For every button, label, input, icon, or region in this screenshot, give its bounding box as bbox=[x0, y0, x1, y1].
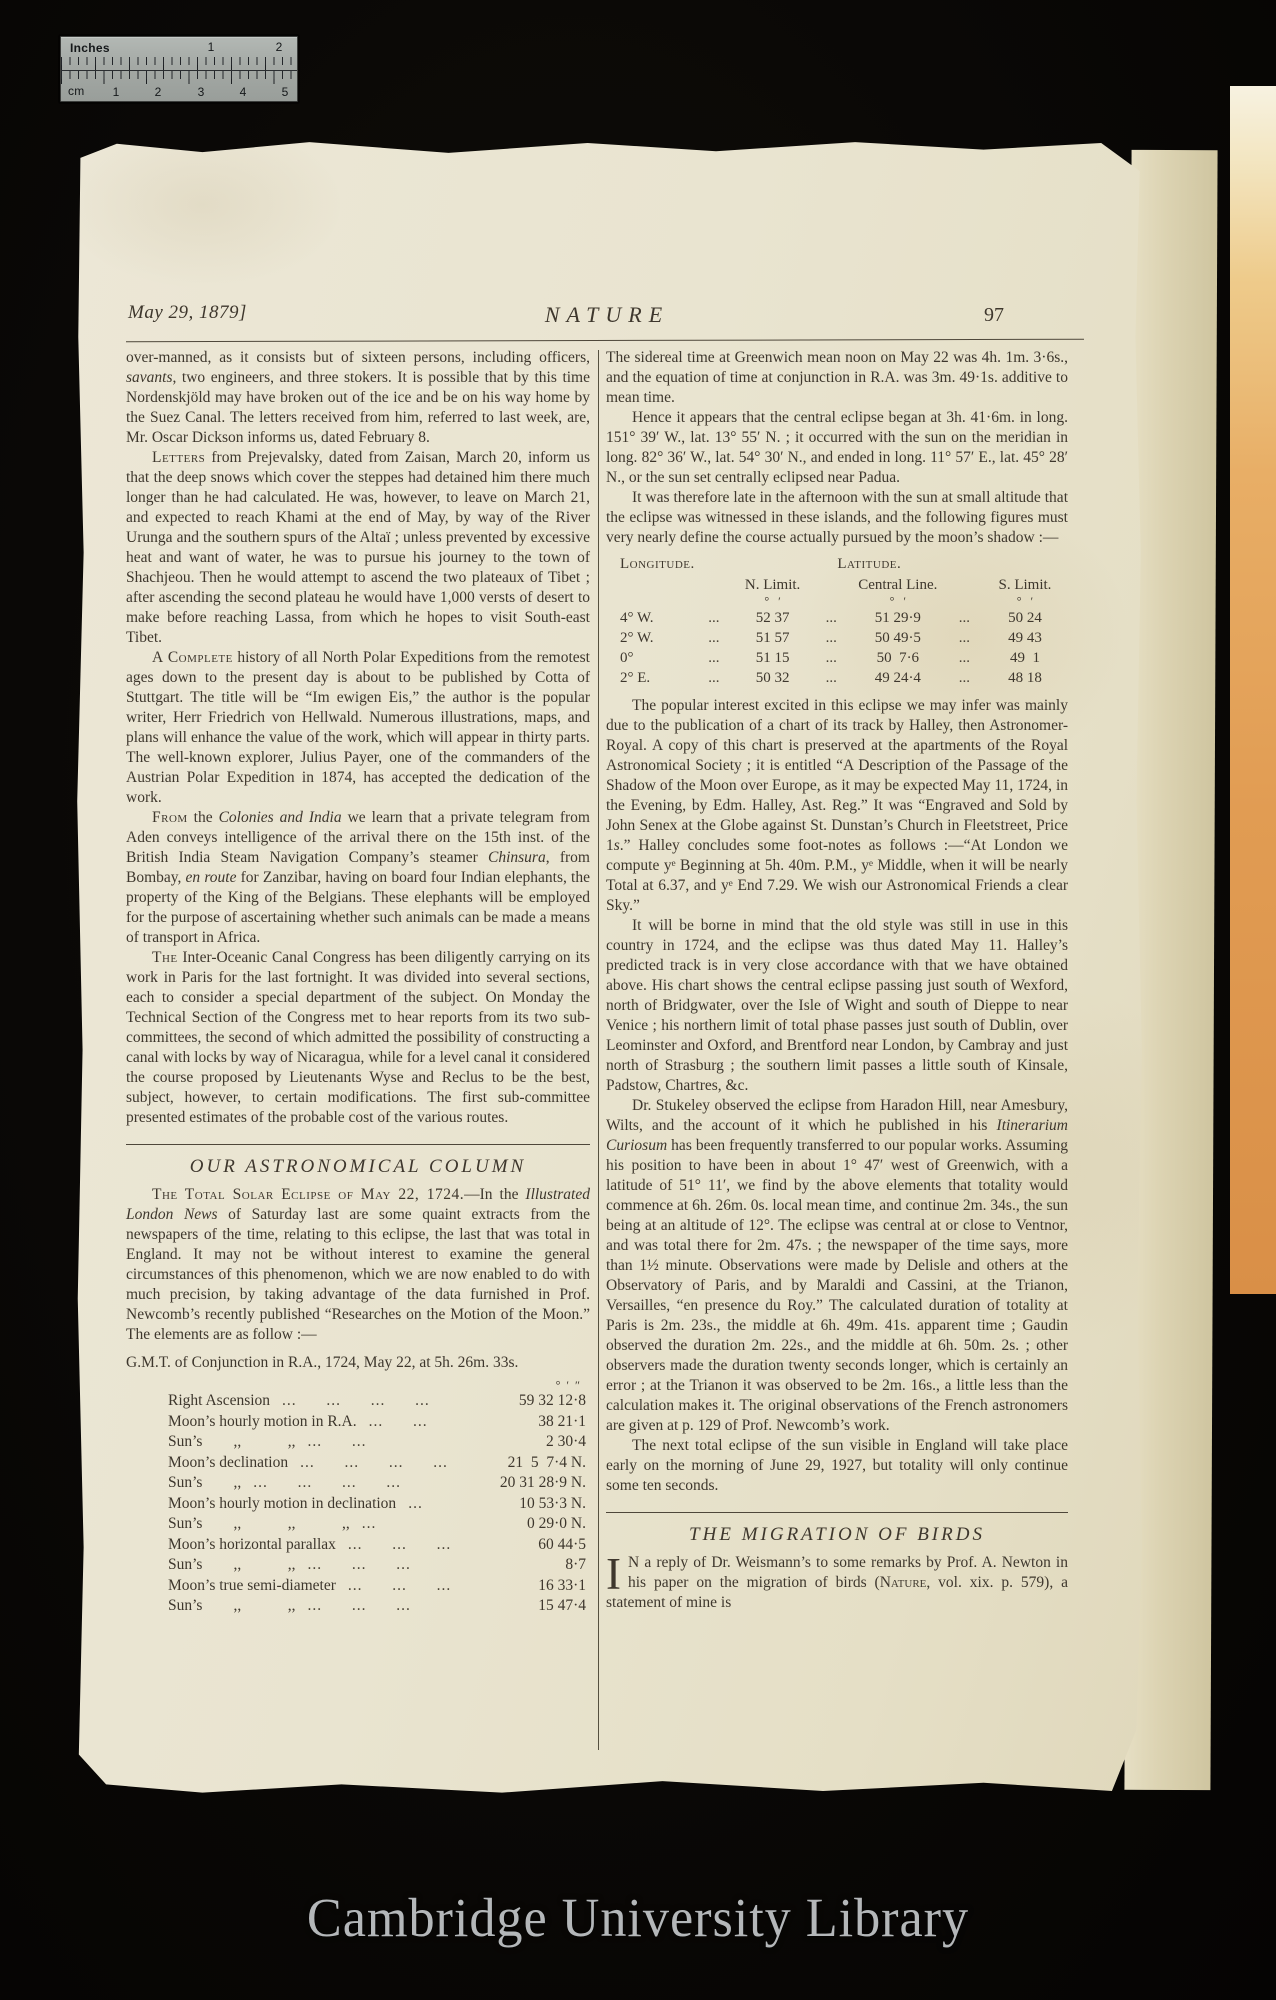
elements-table-row: Moon’s declination... ... ... ...21 5 7·… bbox=[168, 1453, 586, 1474]
shadow-table-header: Longitude. Latitude. bbox=[606, 554, 1068, 575]
section-heading-astronomical-column: OUR ASTRONOMICAL COLUMN bbox=[126, 1157, 590, 1177]
header-rule bbox=[126, 339, 1084, 343]
latitude-header: Latitude. bbox=[837, 554, 901, 574]
journal-title: NATURE bbox=[126, 302, 1088, 328]
elements-table-row: Moon’s hourly motion in R.A.... ...38 21… bbox=[168, 1412, 586, 1433]
elements-table-row: Right Ascension... ... ... ... ...59 32 … bbox=[168, 1391, 586, 1412]
paragraph: The next total eclipse of the sun visibl… bbox=[606, 1436, 1068, 1496]
elements-table-row: Sun’s ,, ,,... ... ...8·7 bbox=[168, 1555, 586, 1576]
paragraph: The sidereal time at Greenwich mean noon… bbox=[606, 348, 1068, 408]
page-number: 97 bbox=[984, 304, 1004, 327]
ruler-inch-number: 2 bbox=[276, 40, 283, 54]
eclipse-elements-table: ° ′ ″Right Ascension... ... ... ... ...5… bbox=[168, 1379, 586, 1617]
elements-table-row: Sun’s ,, ,, ,,...0 29·0 N. bbox=[168, 1514, 586, 1535]
drop-cap: I bbox=[606, 1553, 628, 1593]
longitude-header: Longitude. bbox=[620, 554, 695, 574]
shadow-table-units: ° ′ ° ′ ° ′ bbox=[606, 595, 1068, 608]
paragraph-lead: The Total Solar Eclipse of May 22, 1724. bbox=[152, 1186, 464, 1203]
journal-page: May 29, 1879] NATURE 97 over-manned, as … bbox=[74, 138, 1144, 1796]
shadow-track-table: Longitude. Latitude. N. Limit. Central L… bbox=[606, 554, 1068, 688]
paragraph: Hence it appears that the central eclips… bbox=[606, 408, 1068, 488]
right-column: The sidereal time at Greenwich mean noon… bbox=[606, 348, 1068, 1613]
elements-table-row: Sun’s ,,... ... ... ...20 31 28·9 N. bbox=[168, 1473, 586, 1494]
elements-table-units: ° ′ ″ bbox=[168, 1379, 586, 1391]
library-watermark: Cambridge University Library bbox=[32, 1886, 1244, 1949]
right-column-paragraphs-top: The sidereal time at Greenwich mean noon… bbox=[606, 348, 1068, 548]
paragraph-lead: A Complete bbox=[152, 649, 233, 666]
column-divider bbox=[598, 350, 599, 1750]
paragraph-lead: The bbox=[152, 949, 178, 966]
ruler-cm-minor-ticks bbox=[61, 71, 297, 79]
central-line-header: Central Line. bbox=[849, 575, 947, 595]
ruler-cm-number: 5 bbox=[282, 85, 289, 99]
n-limit-header: N. Limit. bbox=[732, 575, 814, 595]
shadow-table-subheader: N. Limit. Central Line. S. Limit. bbox=[606, 575, 1068, 595]
paragraph: The Inter-Oceanic Canal Congress has bee… bbox=[126, 948, 590, 1128]
s-limit-header: S. Limit. bbox=[982, 575, 1068, 595]
paragraph: IN a reply of Dr. Weismann’s to some rem… bbox=[606, 1553, 1068, 1613]
ruler-inches-label: Inches bbox=[70, 41, 110, 55]
paragraph-lead: From bbox=[152, 809, 188, 826]
migration-intro-paragraph: IN a reply of Dr. Weismann’s to some rem… bbox=[606, 1553, 1068, 1613]
ruler-cm-number: 1 bbox=[113, 85, 120, 99]
ruler-cm-number: 4 bbox=[240, 85, 247, 99]
paragraph: The Total Solar Eclipse of May 22, 1724.… bbox=[126, 1185, 590, 1345]
section-divider bbox=[606, 1512, 1068, 1513]
paragraph: From the Colonies and India we learn tha… bbox=[126, 808, 590, 948]
gmt-conjunction-line: G.M.T. of Conjunction in R.A., 1724, May… bbox=[126, 1353, 590, 1373]
measurement-ruler: Inches cm 1212345 bbox=[60, 36, 298, 102]
ruler-inch-number: 1 bbox=[208, 40, 215, 54]
section-heading-migration-of-birds: THE MIGRATION OF BIRDS bbox=[606, 1525, 1068, 1545]
elements-table-row: Moon’s horizontal parallax... ... ...60 … bbox=[168, 1535, 586, 1556]
elements-table-row: Sun’s ,, ,,... ... ...15 47·4 bbox=[168, 1596, 586, 1617]
shadow-table-rows: 4° W....52 37...51 29·9...50 242° W....5… bbox=[606, 608, 1068, 688]
shadow-table-row: 2° W....51 57...50 49·5...49 43 bbox=[606, 628, 1068, 648]
paragraph: A Complete history of all North Polar Ex… bbox=[126, 648, 590, 808]
ruler-cm-number: 3 bbox=[198, 85, 205, 99]
shadow-table-row: 0°...51 15...50 7·6...49 1 bbox=[606, 648, 1068, 668]
left-column-paragraphs: over-manned, as it consists but of sixte… bbox=[126, 348, 590, 1128]
ruler-cm-number: 2 bbox=[155, 85, 162, 99]
elements-table-row: Sun’s ,, ,,... ...2 30·4 bbox=[168, 1432, 586, 1453]
paragraph: It was therefore late in the afternoon w… bbox=[606, 488, 1068, 548]
shadow-table-row: 4° W....52 37...51 29·9...50 24 bbox=[606, 608, 1068, 628]
section-divider bbox=[126, 1144, 590, 1145]
shadow-table-row: 2° E....50 32...49 24·4...48 18 bbox=[606, 668, 1068, 688]
ruler-cm-label: cm bbox=[68, 84, 85, 98]
book-cover-edge bbox=[1230, 86, 1276, 1294]
paragraph: Dr. Stukeley observed the eclipse from H… bbox=[606, 1096, 1068, 1436]
ruler-inch-minor-ticks bbox=[61, 57, 297, 65]
paragraph: The popular interest excited in this ecl… bbox=[606, 696, 1068, 916]
eclipse-paragraph: The Total Solar Eclipse of May 22, 1724.… bbox=[126, 1185, 590, 1345]
right-column-paragraphs-bottom: The popular interest excited in this ecl… bbox=[606, 696, 1068, 1496]
paragraph: Letters from Prejevalsky, dated from Zai… bbox=[126, 448, 590, 648]
paragraph-lead: Letters bbox=[152, 449, 205, 466]
left-column: over-manned, as it consists but of sixte… bbox=[126, 348, 590, 1617]
elements-table-row: Moon’s true semi-diameter... ... ...16 3… bbox=[168, 1576, 586, 1597]
paragraph: over-manned, as it consists but of sixte… bbox=[126, 348, 590, 448]
elements-table-row: Moon’s hourly motion in declination...10… bbox=[168, 1494, 586, 1515]
page-header: May 29, 1879] NATURE 97 bbox=[126, 302, 1088, 334]
paragraph: It will be borne in mind that the old st… bbox=[606, 916, 1068, 1096]
